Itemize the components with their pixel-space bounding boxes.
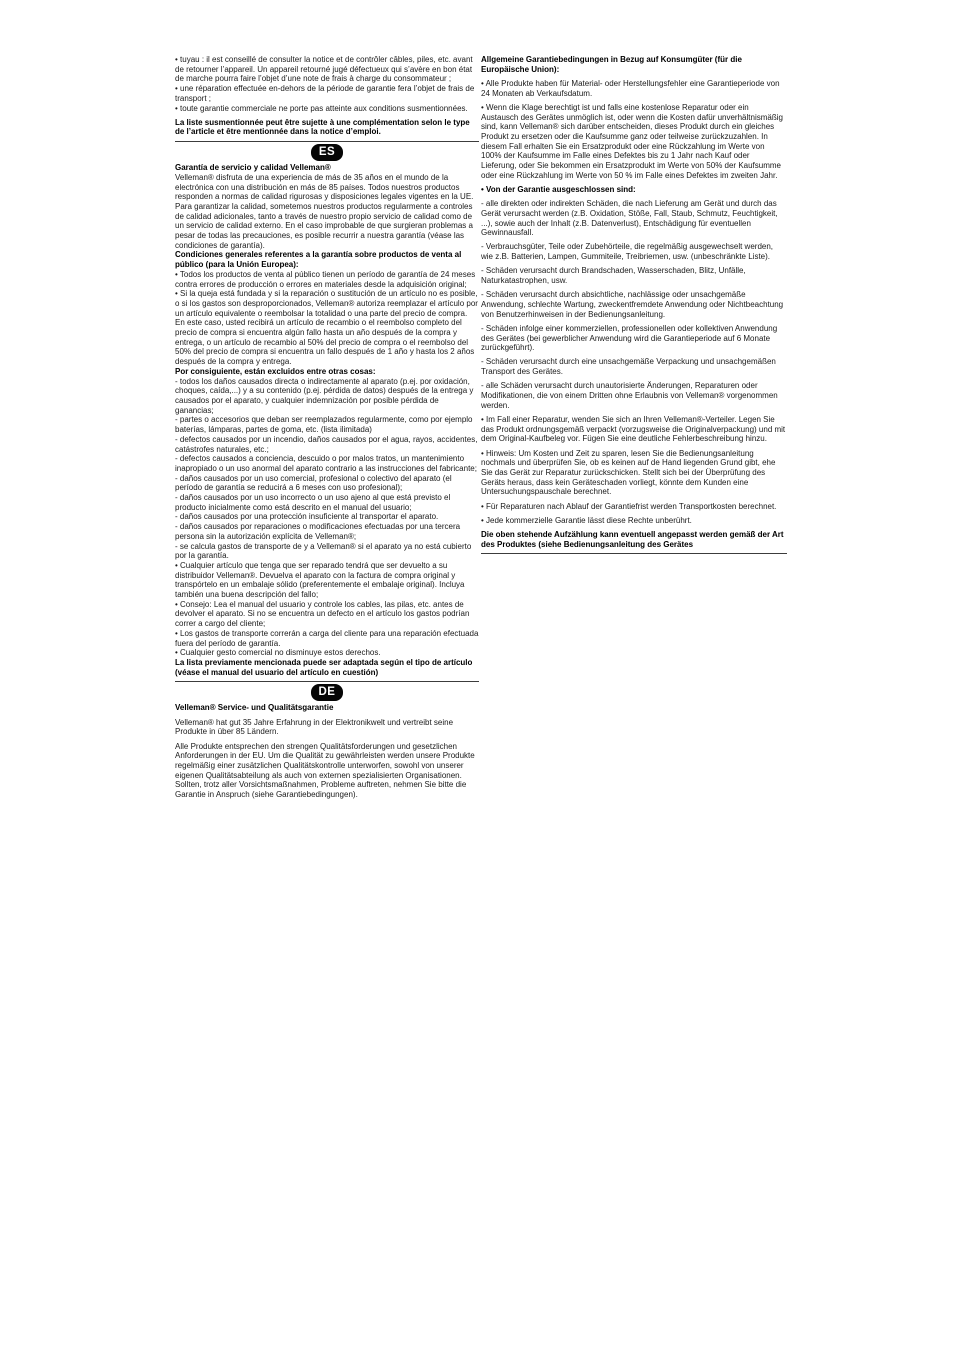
- es-item-uso-incorrecto: - daños causados por un uso incorrecto o…: [175, 493, 479, 512]
- es-bullet-devolucion: • Cualquier artículo que tenga que ser r…: [175, 561, 479, 600]
- es-closing-note: La lista previamente mencionada puede se…: [175, 658, 479, 677]
- es-bullet-gesto: • Cualquier gesto comercial no disminuye…: [175, 648, 479, 658]
- document-page: • tuyau : il est conseillé de consulter …: [0, 0, 954, 1351]
- right-column: Allgemeine Garantiebedingungen in Bezug …: [481, 55, 787, 554]
- es-section-heading: Garantía de servicio y calidad Velleman®: [175, 163, 479, 173]
- es-exclusions-heading: Por consiguiente, están excluidos entre …: [175, 367, 479, 377]
- de-bullet-periode: • Alle Produkte haben für Material- oder…: [481, 79, 787, 98]
- es-bullet-gastos: • Los gastos de transporte correrán a ca…: [175, 629, 479, 648]
- de-bullet-reparatur: • Im Fall einer Reparatur, wenden Sie si…: [481, 415, 787, 444]
- language-badge-de: DE: [311, 684, 344, 701]
- es-intro: Velleman® disfruta de una experiencia de…: [175, 173, 479, 251]
- es-item-transporte: - se calcula gastos de transporte de y a…: [175, 542, 479, 561]
- es-item-reparaciones: - daños causados por reparaciones o modi…: [175, 522, 479, 541]
- de-intro-1: Velleman® hat gut 35 Jahre Erfahrung in …: [175, 718, 479, 737]
- de-bullet-kommerzielle-garantie: • Jede kommerzielle Garantie lässt diese…: [481, 516, 787, 526]
- de-bullet-transportkosten: • Für Reparaturen nach Ablauf der Garant…: [481, 502, 787, 512]
- es-item-uso-comercial: - daños causados por un uso comercial, p…: [175, 474, 479, 493]
- column-divider-rule: [481, 553, 787, 554]
- es-item-proteccion: - daños causados por una protección insu…: [175, 512, 479, 522]
- de-conditions-heading: Allgemeine Garantiebedingungen in Bezug …: [481, 55, 787, 74]
- de-exclusions-heading: • Von der Garantie ausgeschlossen sind:: [481, 185, 787, 195]
- language-badge-es: ES: [311, 144, 343, 161]
- fr-closing-note: La liste susmentionnée peut être sujette…: [175, 118, 479, 137]
- left-column: • tuyau : il est conseillé de consulter …: [175, 55, 479, 800]
- column-divider-rule: [175, 681, 479, 682]
- de-item-verbrauchsgueter: - Verbrauchsgüter, Teile oder Zubehörtei…: [481, 242, 787, 261]
- de-intro-2: Alle Produkte entsprechen den strengen Q…: [175, 742, 479, 800]
- es-item-partes: - partes o accesorios que deban ser reem…: [175, 415, 479, 434]
- fr-bullet-tuyau: • tuyau : il est conseillé de consulter …: [175, 55, 479, 84]
- es-bullet-periodo: • Todos los productos de venta al públic…: [175, 270, 479, 289]
- de-item-schaden-direkt: - alle direkten oder indirekten Schäden,…: [481, 199, 787, 238]
- de-item-aenderungen: - alle Schäden verursacht durch unautori…: [481, 381, 787, 410]
- de-section-heading: Velleman® Service- und Qualitätsgarantie: [175, 703, 479, 713]
- es-item-conciencia: - defectos causados a conciencia, descui…: [175, 454, 479, 473]
- de-item-kommerziell: - Schäden infolge einer kommerziellen, p…: [481, 324, 787, 353]
- de-closing-note: Die oben stehende Aufzählung kann eventu…: [481, 530, 787, 549]
- es-bullet-queja: • Si la queja está fundada y si la repar…: [175, 289, 479, 367]
- es-item-danos-directos: - todos los daños causados directa o ind…: [175, 377, 479, 416]
- de-item-verpackung: - Schäden verursacht durch eine unsachge…: [481, 357, 787, 376]
- es-bullet-consejo: • Consejo: Lea el manual del usuario y c…: [175, 600, 479, 629]
- column-divider-rule: [175, 141, 479, 142]
- es-item-incendio: - defectos causados por un incendio, dañ…: [175, 435, 479, 454]
- de-item-absichtlich: - Schäden verursacht durch absichtliche,…: [481, 290, 787, 319]
- de-item-brandschaden: - Schäden verursacht durch Brandschaden,…: [481, 266, 787, 285]
- language-badge-es-row: ES: [175, 144, 479, 161]
- de-bullet-hinweis: • Hinweis: Um Kosten und Zeit zu sparen,…: [481, 449, 787, 498]
- es-conditions-heading: Condiciones generales referentes a la ga…: [175, 250, 479, 269]
- fr-bullet-garantie: • toute garantie commerciale ne porte pa…: [175, 104, 479, 114]
- de-bullet-klage: • Wenn die Klage berechtigt ist und fall…: [481, 103, 787, 181]
- fr-bullet-reparation: • une réparation effectuée en-dehors de …: [175, 84, 479, 103]
- language-badge-de-row: DE: [175, 684, 479, 701]
